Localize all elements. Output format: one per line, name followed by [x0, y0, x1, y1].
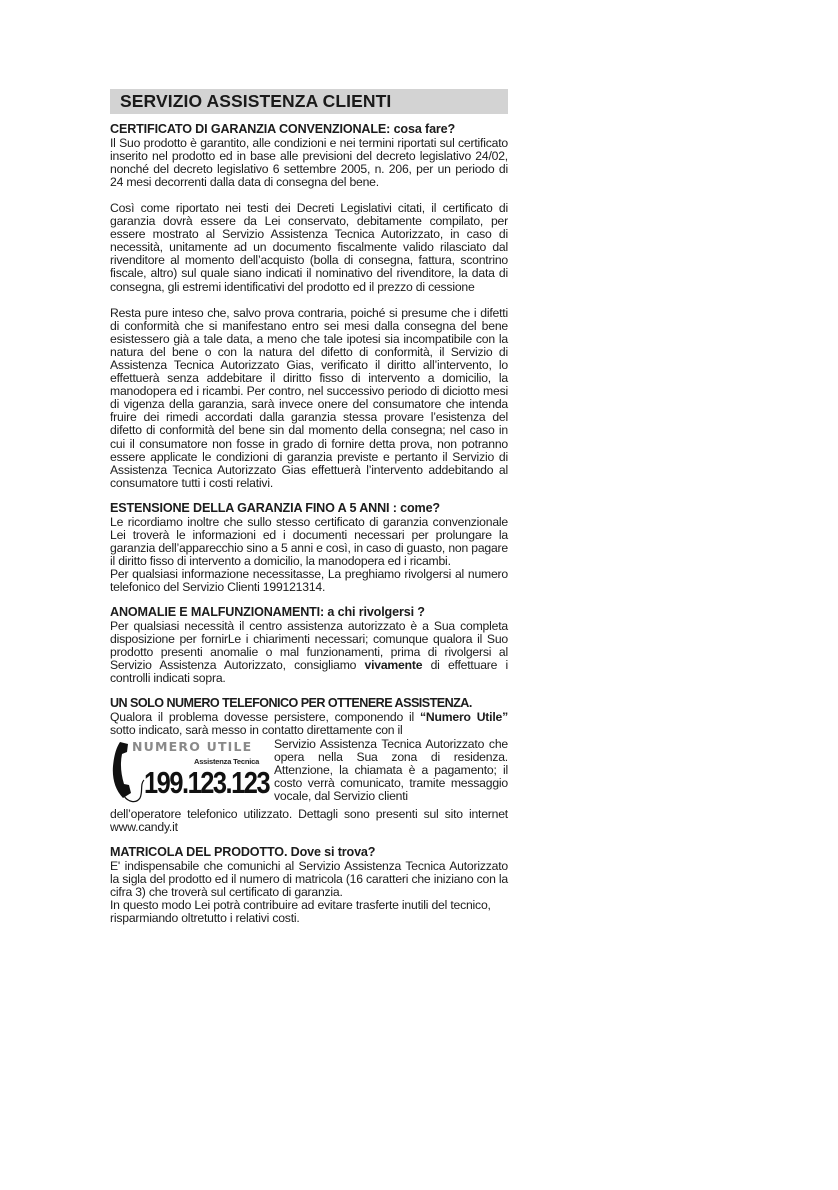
phone-block: NUMERO UTILE Assistenza Tecnica 199.123.…: [110, 738, 508, 808]
paragraph: Per qualsiasi informazione necessitasse,…: [110, 568, 508, 594]
section-title: UN SOLO NUMERO TELEFONICO PER OTTENERE A…: [110, 697, 508, 711]
numero-utile-label: NUMERO UTILE: [132, 739, 252, 754]
paragraph: E' indispensabile che comunichi al Servi…: [110, 860, 508, 899]
page-title: SERVIZIO ASSISTENZA CLIENTI: [120, 91, 391, 112]
paragraph: Così come riportato nei testi dei Decret…: [110, 202, 508, 294]
section-matricola: MATRICOLA DEL PRODOTTO. Dove si trova? E…: [110, 846, 508, 925]
section-anomalie: ANOMALIE E MALFUNZIONAMENTI: a chi rivol…: [110, 606, 508, 685]
paragraph-text: sotto indicato, sarà messo in contatto d…: [110, 723, 403, 737]
section-title: CERTIFICATO DI GARANZIA CONVENZIONALE: c…: [110, 123, 508, 137]
paragraph-text: Qualora il problema dovesse persistere, …: [110, 710, 420, 724]
paragraph: Le ricordiamo inoltre che sullo stesso c…: [110, 516, 508, 568]
section-estensione: ESTENSIONE DELLA GARANZIA FINO A 5 ANNI …: [110, 502, 508, 594]
emphasis-text: “Numero Utile”: [420, 710, 508, 724]
section-title: ANOMALIE E MALFUNZIONAMENTI: a chi rivol…: [110, 606, 508, 620]
section-title: MATRICOLA DEL PRODOTTO. Dove si trova?: [110, 846, 508, 860]
section-title: ESTENSIONE DELLA GARANZIA FINO A 5 ANNI …: [110, 502, 508, 516]
paragraph: Qualora il problema dovesse persistere, …: [110, 711, 508, 737]
phone-number: 199.123.123: [144, 765, 269, 801]
emphasis-text: vivamente: [365, 658, 423, 672]
paragraph: Per qualsiasi necessità il centro assist…: [110, 620, 508, 685]
section-numero-telefonico: UN SOLO NUMERO TELEFONICO PER OTTENERE A…: [110, 697, 508, 834]
document-page: SERVIZIO ASSISTENZA CLIENTI CERTIFICATO …: [110, 89, 508, 925]
header-bar: SERVIZIO ASSISTENZA CLIENTI: [110, 89, 508, 114]
section-certificato: CERTIFICATO DI GARANZIA CONVENZIONALE: c…: [110, 123, 508, 490]
paragraph: dell’operatore telefonico utilizzato. De…: [110, 808, 508, 834]
numero-utile-logo: NUMERO UTILE Assistenza Tecnica 199.123.…: [110, 738, 270, 808]
paragraph: Il Suo prodotto è garantito, alle condiz…: [110, 137, 508, 189]
phone-side-text: Servizio Assistenza Tecnica Autorizzato …: [274, 738, 508, 803]
paragraph: Resta pure inteso che, salvo prova contr…: [110, 307, 508, 490]
paragraph: In questo modo Lei potrà contribuire ad …: [110, 899, 508, 925]
